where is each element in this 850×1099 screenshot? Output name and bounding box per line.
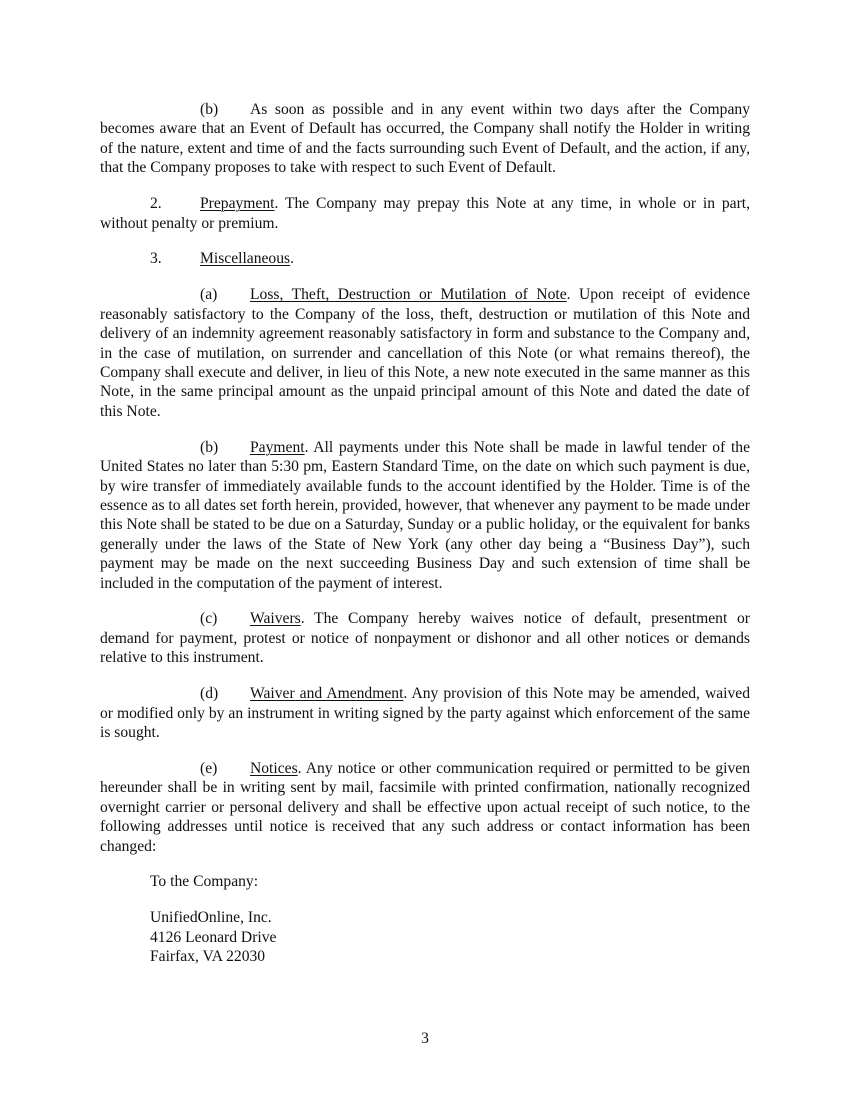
clause-waivers: (c)Waivers. The Company hereby waives no…	[100, 609, 750, 667]
address-street: 4126 Leonard Drive	[150, 928, 750, 947]
document-page: (b)As soon as possible and in any event …	[100, 100, 750, 983]
clause-loss-theft: (a)Loss, Theft, Destruction or Mutilatio…	[100, 285, 750, 421]
clause-label: (a)	[200, 285, 250, 304]
clause-heading: Notices	[250, 760, 298, 777]
paragraph-event-of-default-notice: (b)As soon as possible and in any event …	[100, 100, 750, 178]
section-heading: Miscellaneous	[200, 250, 290, 267]
clause-label: (b)	[200, 438, 250, 457]
clause-payment: (b)Payment. All payments under this Note…	[100, 438, 750, 593]
section-prepayment: 2.Prepayment. The Company may prepay thi…	[100, 194, 750, 233]
clause-heading: Loss, Theft, Destruction or Mutilation o…	[250, 286, 567, 303]
clause-label: (e)	[200, 759, 250, 778]
clause-notices: (e)Notices. Any notice or other communic…	[100, 759, 750, 856]
clause-text: . The Company hereby waives notice of de…	[100, 610, 750, 666]
address-city-state-zip: Fairfax, VA 22030	[150, 947, 750, 966]
section-heading-suffix: .	[290, 250, 294, 267]
clause-label: (b)	[200, 100, 250, 119]
clause-text: . Any notice or other communication requ…	[100, 760, 750, 855]
clause-text: As soon as possible and in any event wit…	[100, 101, 750, 176]
section-heading: Prepayment	[200, 195, 274, 212]
clause-text: . Any provision of this Note may be amen…	[100, 685, 750, 741]
clause-heading: Waivers	[250, 610, 301, 627]
clause-waiver-amendment: (d)Waiver and Amendment. Any provision o…	[100, 684, 750, 742]
company-address: UnifiedOnline, Inc. 4126 Leonard Drive F…	[150, 908, 750, 966]
clause-text: . Upon receipt of evidence reasonably sa…	[100, 286, 750, 419]
clause-heading: Waiver and Amendment	[250, 685, 403, 702]
section-number: 3.	[150, 249, 200, 268]
section-miscellaneous: 3.Miscellaneous.	[100, 249, 750, 268]
recipient-label: To the Company:	[150, 872, 750, 891]
clause-label: (c)	[200, 609, 250, 628]
address-name: UnifiedOnline, Inc.	[150, 908, 750, 927]
section-number: 2.	[150, 194, 200, 213]
page-number: 3	[0, 1030, 850, 1048]
clause-text: . All payments under this Note shall be …	[100, 439, 750, 592]
clause-heading: Payment	[250, 439, 305, 456]
clause-label: (d)	[200, 684, 250, 703]
